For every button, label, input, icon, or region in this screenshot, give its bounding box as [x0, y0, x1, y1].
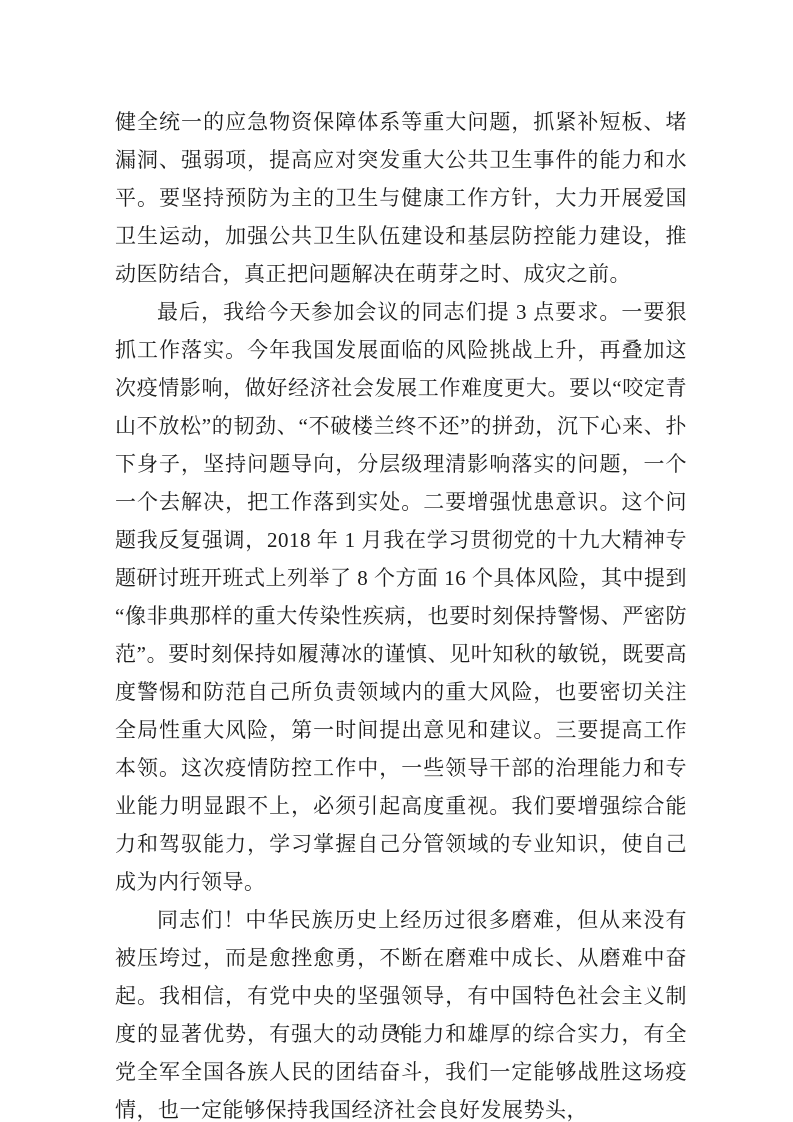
- document-page: 健全统一的应急物资保障体系等重大问题，抓紧补短板、堵漏洞、强弱项，提高应对突发重…: [0, 0, 793, 1122]
- paragraph-continuation: 健全统一的应急物资保障体系等重大问题，抓紧补短板、堵漏洞、强弱项，提高应对突发重…: [115, 103, 687, 293]
- page-number: 30: [389, 1023, 404, 1039]
- page-footer: 30: [0, 1021, 793, 1041]
- text-block: 健全统一的应急物资保障体系等重大问题，抓紧补短板、堵漏洞、强弱项，提高应对突发重…: [115, 103, 687, 1122]
- paragraph-requirements: 最后，我给今天参加会议的同志们提 3 点要求。一要狠抓工作落实。今年我国发展面临…: [115, 293, 687, 901]
- paragraph-closing: 同志们！中华民族历史上经历过很多磨难，但从来没有被压垮过，而是愈挫愈勇，不断在磨…: [115, 901, 687, 1122]
